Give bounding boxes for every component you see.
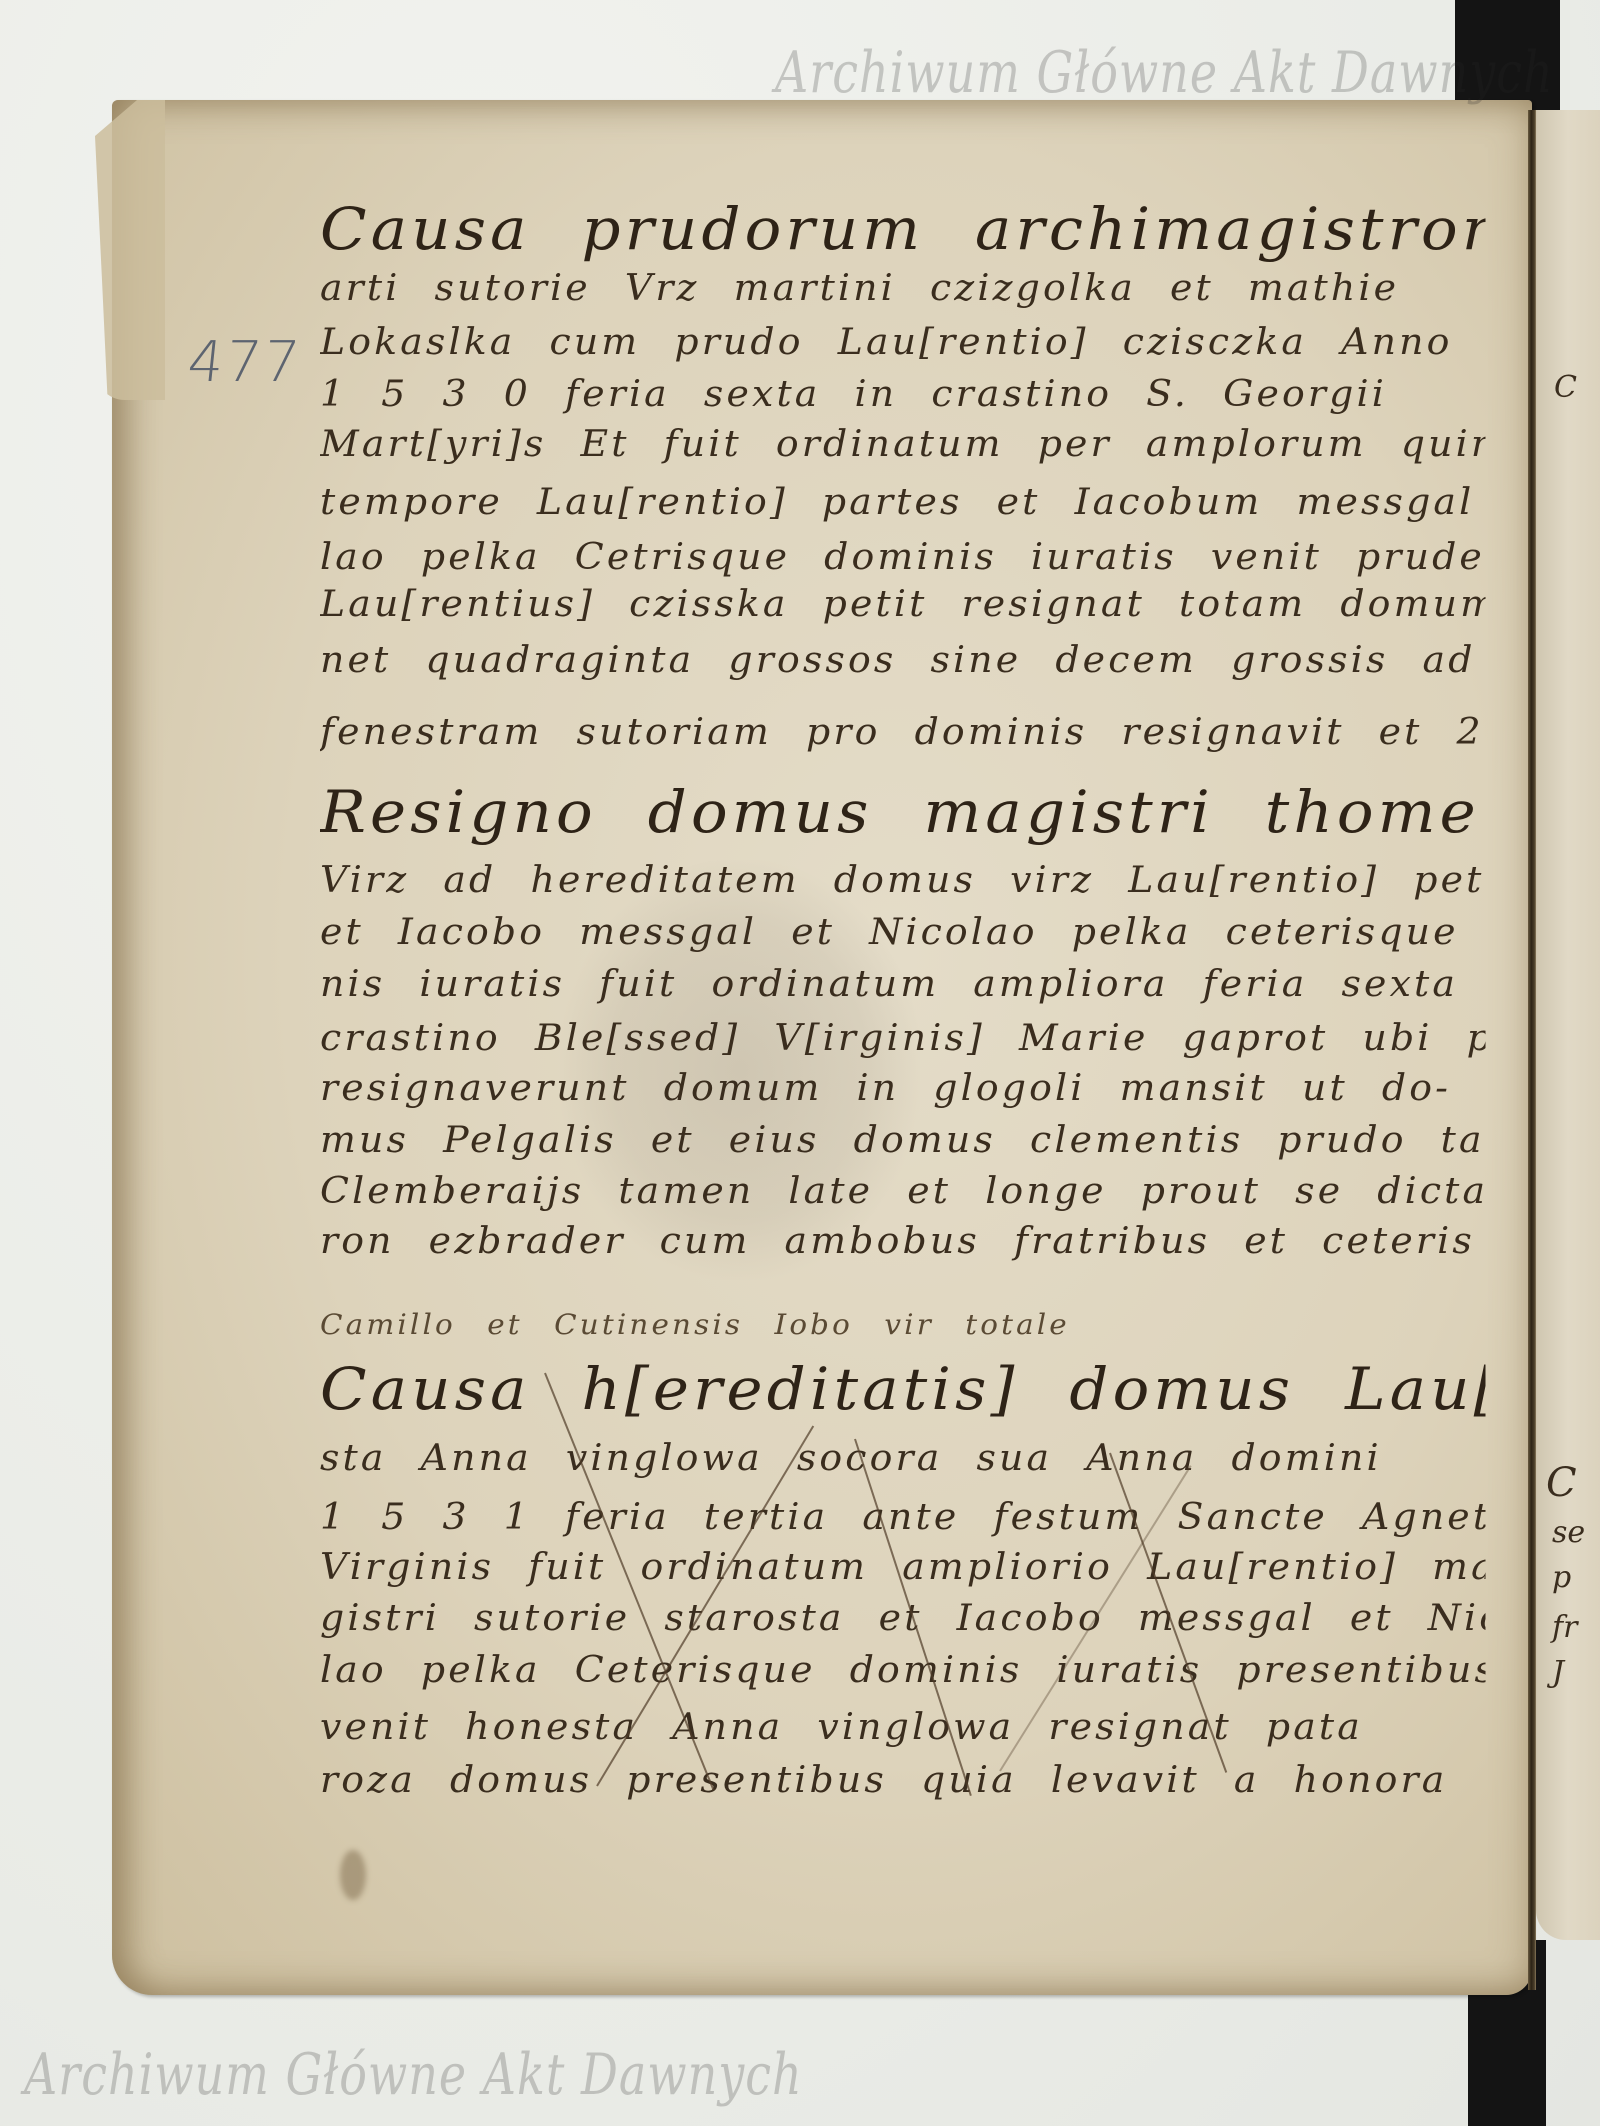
manuscript-line: 1 5 3 0 feria sexta in crastino S. Georg… xyxy=(320,374,1486,415)
manuscript-line: tempore Lau[rentio] partes et Iacobum me… xyxy=(320,482,1486,523)
adjacent-page: C C se p fr J xyxy=(1536,110,1600,1940)
adjacent-page-fragment: p xyxy=(1552,1560,1571,1595)
manuscript-line: Virz ad hereditatem domus virz Lau[renti… xyxy=(320,860,1486,901)
manuscript-line: venit honesta Anna vinglowa resignat pat… xyxy=(320,1707,1486,1748)
section-heading: Causa h[ereditatis] domus Lau[rentii] Ca… xyxy=(320,1355,1486,1423)
adjacent-page-fragment: C xyxy=(1554,370,1577,405)
folio-number: 477 xyxy=(185,330,305,395)
manuscript-line: roza domus presentibus quia levavit a ho… xyxy=(320,1760,1486,1801)
manuscript-line: mus Pelgalis et eius domus clementis pru… xyxy=(320,1120,1486,1161)
manuscript-line: gistri sutorie starosta et Iacobo messga… xyxy=(320,1598,1486,1639)
manuscript-line: Camillo et Cutinensis Iobo vir totale xyxy=(320,1308,1486,1341)
manuscript-line: et Iacobo messgal et Nicolao pelka ceter… xyxy=(320,912,1486,953)
manuscript-line: Lau[rentius] czisska petit resignat tota… xyxy=(320,584,1486,625)
manuscript-line: nis iuratis fuit ordinatum ampliora feri… xyxy=(320,964,1486,1005)
section-heading: Resigno domus magistri thome climko xyxy=(320,778,1486,846)
manuscript-line: lao pelka Ceterisque dominis iuratis pre… xyxy=(320,1650,1486,1691)
manuscript-line: Clemberaijs tamen late et longe prout se… xyxy=(320,1171,1486,1212)
manuscript-line: Lokaslka cum prudo Lau[rentio] czisczka … xyxy=(320,322,1486,363)
adjacent-page-fragment: C xyxy=(1546,1460,1577,1506)
manuscript-line: resignaverunt domum in glogoli mansit ut… xyxy=(320,1068,1486,1109)
section-heading: Causa prudorum archimagistrorum xyxy=(320,195,1486,263)
adjacent-page-fragment: se xyxy=(1552,1515,1585,1550)
archive-watermark-top: Archiwum Główne Akt Dawnych xyxy=(775,38,1554,106)
manuscript-line: fenestram sutoriam pro dominis resignavi… xyxy=(320,712,1486,753)
manuscript-line: net quadraginta grossos sine decem gross… xyxy=(320,640,1486,681)
adjacent-page-fragment: J xyxy=(1552,1655,1564,1690)
manuscript-line: Mart[yri]s Et fuit ordinatum per amploru… xyxy=(320,424,1486,465)
manuscript-line: arti sutorie Vrz martini czizgolka et ma… xyxy=(320,268,1486,309)
manuscript-line: crastino Ble[ssed] V[irginis] Marie gapr… xyxy=(320,1018,1486,1059)
manuscript-line: sta Anna vinglowa socora sua Anna domini xyxy=(320,1438,1486,1479)
manuscript-line: ron ezbrader cum ambobus fratribus et ce… xyxy=(320,1221,1486,1262)
gutter-line xyxy=(1528,110,1536,1990)
ink-stain xyxy=(340,1850,366,1900)
archive-watermark-bottom: Archiwum Główne Akt Dawnych xyxy=(24,2040,803,2108)
manuscript-line: lao pelka Cetrisque dominis iuratis veni… xyxy=(320,537,1486,578)
adjacent-page-fragment: fr xyxy=(1552,1610,1577,1645)
manuscript-line: 1 5 3 1 feria tertia ante festum Sancte … xyxy=(320,1497,1486,1538)
